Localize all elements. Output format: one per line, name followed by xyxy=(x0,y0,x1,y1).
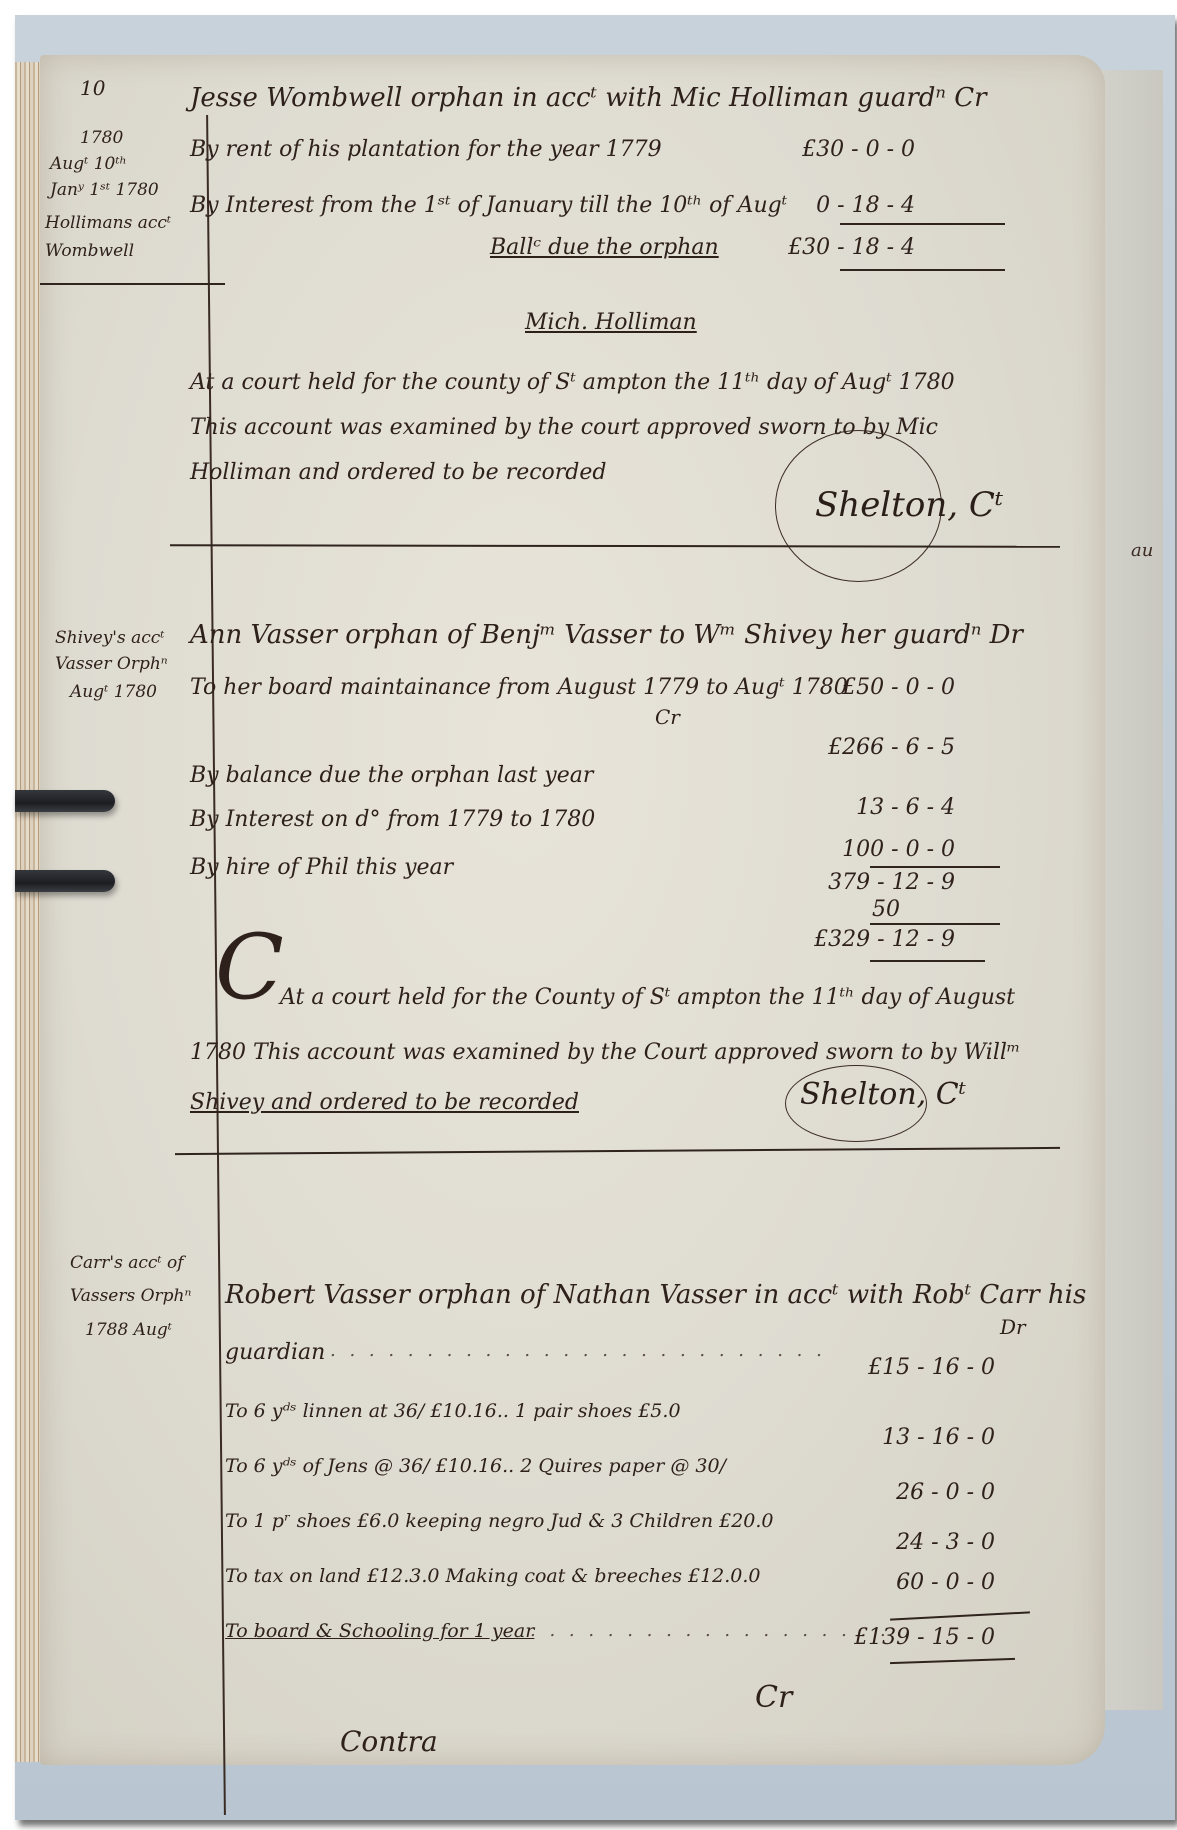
court-note-line: Holliman and ordered to be recorded xyxy=(190,460,607,485)
guardian-signature: Mich. Holliman xyxy=(525,310,697,335)
margin-note-line: Janʸ 1ˢᵗ 1780 xyxy=(50,177,159,203)
entry-line: To tax on land £12.3.0 Making coat & bre… xyxy=(225,1565,761,1587)
leader-dots: . . . . . . . . . . . . . . . . . . . . … xyxy=(330,1340,826,1361)
binder-ring-icon xyxy=(15,870,115,892)
ledger-page: 10 1780 Augᵗ 10ᵗʰ Janʸ 1ˢᵗ 1780 Holliman… xyxy=(40,55,1105,1765)
sum-rule xyxy=(870,866,1000,868)
entry-heading: Robert Vasser orphan of Nathan Vasser in… xyxy=(225,1280,1086,1310)
capital-c-flourish: C xyxy=(215,915,284,1020)
entry-amount: 13 - 16 - 0 xyxy=(882,1425,995,1450)
entry-amount: 0 - 18 - 4 xyxy=(816,193,915,218)
credit-amount: 100 - 0 - 0 xyxy=(842,837,955,862)
margin-note-line: Hollimans accᵗ xyxy=(45,210,171,236)
section-divider xyxy=(175,1147,1060,1155)
balance-amount: £30 - 18 - 4 xyxy=(788,235,915,260)
court-note-line: At a court held for the county of Sᵗ amp… xyxy=(190,370,955,395)
entry-heading: Ann Vasser orphan of Benjᵐ Vasser to Wᵐ … xyxy=(190,620,1023,650)
credit-mark: Cr xyxy=(755,1680,792,1715)
total-amount: £329 - 12 - 9 xyxy=(814,927,955,952)
entry-amount: £30 - 0 - 0 xyxy=(802,137,915,162)
page-number: 10 xyxy=(80,75,105,101)
clerk-signature: Shelton, Cᵗ xyxy=(815,485,1003,525)
sum-rule xyxy=(890,1611,1030,1620)
entry-line: To 6 yᵈˢ of Jens @ 36/ £10.16.. 2 Quires… xyxy=(225,1455,726,1477)
entry-amount: 24 - 3 - 0 xyxy=(896,1530,995,1555)
credit-line: By hire of Phil this year xyxy=(190,855,453,880)
margin-divider xyxy=(40,283,225,285)
leader-dots: . . . . . . . . . . . . . . . . . . . xyxy=(530,1620,890,1641)
entry-line: guardian xyxy=(225,1340,325,1365)
sum-rule xyxy=(890,1658,1015,1664)
debit-amount: £50 - 0 - 0 xyxy=(842,675,955,700)
credit-amount: £266 - 6 - 5 xyxy=(828,735,955,760)
sum-rule xyxy=(840,269,1005,271)
section-divider xyxy=(170,544,1060,547)
total-amount: £139 - 15 - 0 xyxy=(854,1625,995,1650)
margin-note-line: Wombwell xyxy=(45,238,134,264)
credit-line: By balance due the orphan last year xyxy=(190,763,593,788)
clerk-signature: Shelton, Cᵗ xyxy=(800,1077,966,1112)
sum-rule xyxy=(870,923,1000,925)
entry-line: By rent of his plantation for the year 1… xyxy=(190,137,662,162)
sum-rule xyxy=(840,223,1005,225)
margin-note-line: 1788 Augᵗ xyxy=(85,1317,172,1343)
margin-note-line: Augᵗ 10ᵗʰ xyxy=(50,151,127,177)
debit-line: To her board maintainance from August 17… xyxy=(190,675,848,700)
entry-amount: £15 - 16 - 0 xyxy=(868,1355,995,1380)
entry-line: To 6 yᵈˢ linnen at 36/ £10.16.. 1 pair s… xyxy=(225,1400,681,1422)
margin-note-line: Shivey's accᵗ xyxy=(55,625,164,651)
debit-label: Dr xyxy=(1000,1315,1026,1339)
sum-rule xyxy=(870,960,985,962)
margin-note-line: Vassers Orphⁿ xyxy=(70,1283,191,1309)
deduction-amount: 50 xyxy=(872,897,900,922)
court-note-line: Shivey and ordered to be recorded xyxy=(190,1090,579,1115)
entry-line: To board & Schooling for 1 year xyxy=(225,1620,534,1642)
margin-note-line: Vasser Orphⁿ xyxy=(55,651,168,677)
court-note-line: At a court held for the County of Sᵗ amp… xyxy=(280,985,1015,1010)
binder-ring-icon xyxy=(15,790,115,812)
margin-note-line: Augᵗ 1780 xyxy=(70,679,157,705)
entry-amount: 26 - 0 - 0 xyxy=(896,1480,995,1505)
balance-label: Ballᶜ due the orphan xyxy=(490,235,719,260)
margin-note-line: Carr's accᵗ of xyxy=(70,1250,184,1276)
credit-label: Cr xyxy=(655,705,680,729)
entry-heading: Jesse Wombwell orphan in accᵗ with Mic H… xyxy=(190,83,987,113)
entry-line: To 1 pʳ shoes £6.0 keeping negro Jud & 3… xyxy=(225,1510,774,1532)
court-note-line: 1780 This account was examined by the Co… xyxy=(190,1040,1020,1065)
entry-amount: 60 - 0 - 0 xyxy=(896,1570,995,1595)
subtotal-amount: 379 - 12 - 9 xyxy=(828,870,955,895)
credit-amount: 13 - 6 - 4 xyxy=(856,795,955,820)
margin-note-line: 1780 xyxy=(80,125,123,151)
facing-page-fragment: au xyxy=(1131,540,1153,561)
credit-line: By Interest on d° from 1779 to 1780 xyxy=(190,807,595,832)
contra-label: Contra xyxy=(340,1725,438,1758)
entry-line: By Interest from the 1ˢᵗ of January till… xyxy=(190,193,787,218)
